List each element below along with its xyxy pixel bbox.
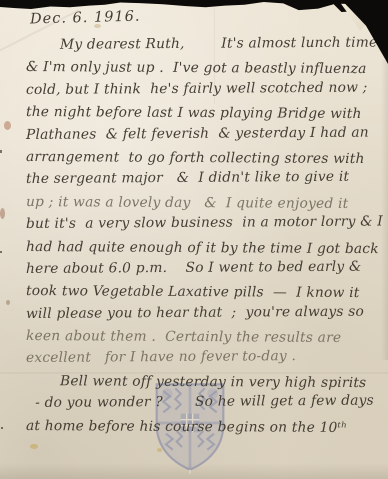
letter-line: Plathanes & felt feverish & yesterday I … [26,121,382,146]
letter-line: My dearest Ruth, It's almost lunch time [26,32,382,57]
letter-line: excellent for I have no fever to-day . [26,345,382,370]
folded-corner [330,0,388,64]
letter-body: My dearest Ruth, It's almost lunch time&… [26,34,382,437]
corner-background [330,0,388,64]
letter-line: but it's a very slow business in a motor… [26,211,382,236]
handwriting-layer: Dec. 6. 1916. My dearest Ruth, It's almo… [0,0,388,479]
letter-line: at home before his course begins on the … [26,415,382,440]
letter-line: the sergeant major & I didn't like to gi… [26,166,382,191]
letter-line: here about 6.0 p.m. So I went to bed ear… [26,255,382,280]
letter-line: will please you to hear that ; you're al… [26,300,382,325]
letter-photo: Dec. 6. 1916. My dearest Ruth, It's almo… [0,0,388,479]
letter-date: Dec. 6. 1916. [30,9,141,28]
letter-line: cold, but I think he's fairly well scotc… [26,76,382,101]
letter-line: - do you wonder ? So he will get a few d… [26,390,382,415]
